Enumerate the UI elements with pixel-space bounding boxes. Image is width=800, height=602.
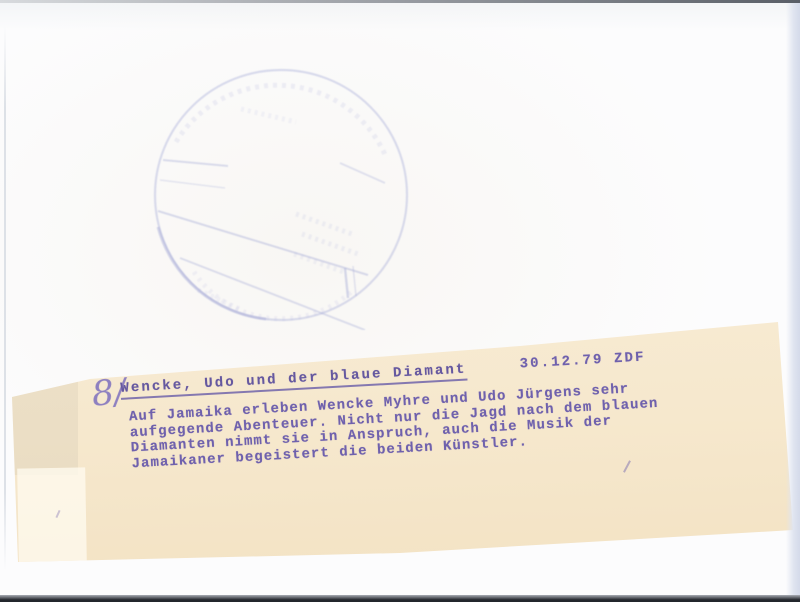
circular-ink-stamp [146, 62, 416, 330]
press-photo-back: 8/ Wencke, Udo und der blaue Diamant 30.… [0, 0, 800, 602]
scan-edge-bottom [0, 595, 800, 602]
scan-edge-top [0, 0, 800, 3]
strip-glue-patch [17, 467, 87, 564]
photo-edge-right [786, 3, 800, 595]
photo-edge-left [4, 26, 6, 571]
strip-shadow [12, 379, 78, 475]
